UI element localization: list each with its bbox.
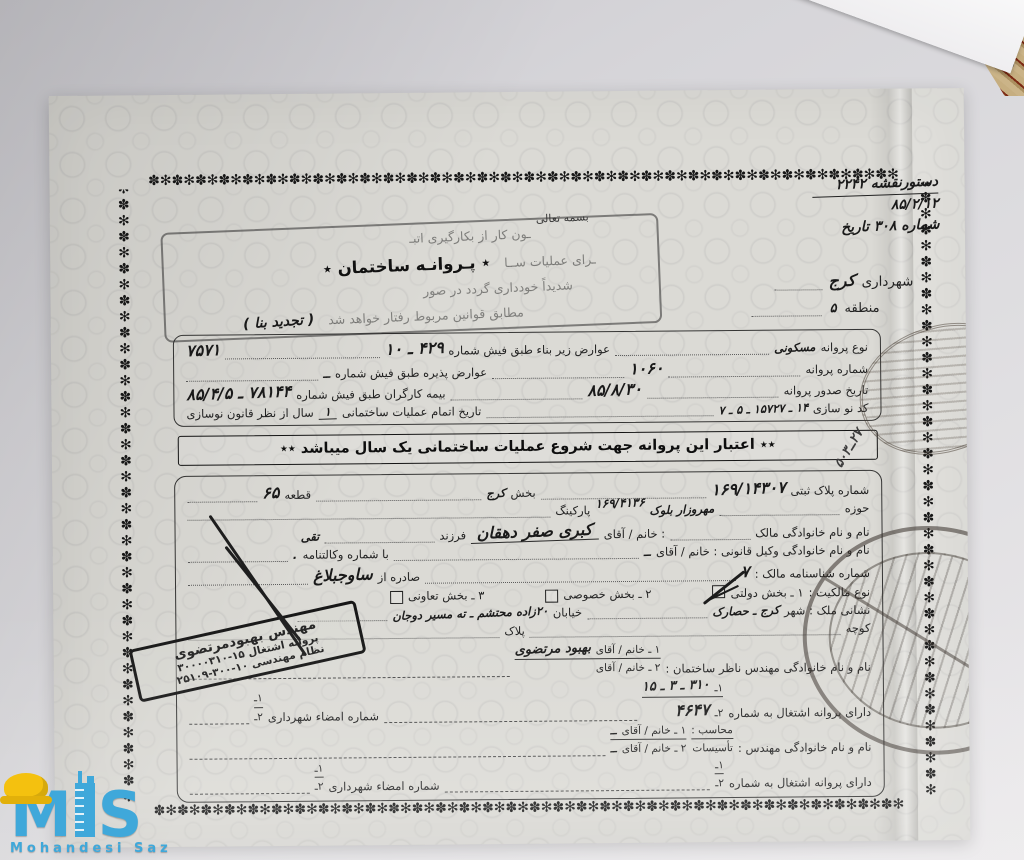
field-label: عوارض زیر بناء طبق فیش شماره <box>448 342 610 357</box>
title-stamp-box: ـون کار از بکارگیری اتبـ ـرای عملیات ســ… <box>160 213 662 343</box>
supervisor-names-stack: ۱ ـ خانم / آقای بهبود مرتضوی ۲ ـ خانم / … <box>514 641 660 677</box>
field-value-handwritten: کرج ـ حصارک <box>712 603 780 619</box>
license-number-handwritten: ۳۱۰ ـ ۳ ـ ۱۵ <box>641 678 709 697</box>
corner-handnotes: دستورنقشه ۲۲۴۲ ۸۵/۲/۱۲ شماره ۳۰۸ تاریخ <box>728 172 940 243</box>
signature-stack: ۱ـ ۲ـ <box>254 693 263 724</box>
field-value-handwritten: ۱ <box>319 404 338 420</box>
dotted-leader <box>187 506 550 521</box>
field-value-handwritten: ۱۶۹/۱۴۳۰۷ <box>711 478 786 500</box>
dotted-leader <box>615 343 769 356</box>
field-value-handwritten: ساوجبلاغ <box>313 564 373 585</box>
building-icon <box>75 783 95 837</box>
field-label: بخش <box>510 486 535 500</box>
field-label: شماره امضاء شهرداری <box>328 779 439 794</box>
field-value-handwritten: ۱۶۹/۴۱۳۶ <box>595 495 645 511</box>
license2-stack: ۱ـ ۲ـ <box>715 759 724 790</box>
hard-hat-icon <box>4 773 48 801</box>
field-value-handwritten: ــ <box>323 366 330 380</box>
field-label: بیمه کارگران طبق فیش شماره <box>296 387 445 402</box>
field-value-handwritten: ــ <box>644 544 651 558</box>
engineer2-1: ۱ ـ خانم / آقای ــ <box>610 724 686 740</box>
field-label: عوارض پذیره طبق فیش شماره <box>335 365 487 380</box>
checkbox-government-wrap <box>712 585 725 601</box>
dotted-leader <box>324 530 434 543</box>
field-label: نام و نام خانوادگی مهندس : <box>738 740 872 755</box>
permit-info-box: نوع پروانه مسکونی عوارض زیر بناء طبق فیش… <box>173 329 882 427</box>
field-value-handwritten: ۲۰زاده محتشم ـ ته مسیر دوجان <box>392 604 548 623</box>
role-calculator: محاسب : <box>691 724 733 739</box>
license-numbers-stack: ۱ـ ۳۱۰ ـ ۳ ـ ۱۵ ۲ـ ۴۶۴۷ <box>642 679 724 721</box>
dashed-leader <box>384 709 637 723</box>
district-label: منطقه <box>844 301 879 316</box>
dotted-leader <box>486 404 713 418</box>
ownership-option-government: ۱ ـ بخش دولتی <box>731 586 804 601</box>
district-line: منطقه ۵ <box>751 301 879 317</box>
field-label: : خانم / آقای <box>604 526 666 541</box>
field-value-handwritten: ۱۰۶۰ <box>629 358 664 378</box>
field-label: ۲ ـ خانم / آقای <box>622 742 687 756</box>
plate-row: شماره پلاک ثبتی ۱۶۹/۱۴۳۰۷ بخش کرج قطعه ۶… <box>187 478 869 503</box>
engineer2-2: ۲ ـ خانم / آقای ــ <box>611 742 687 756</box>
photo-scene: ✻✽✻✽✻✽✻✽✻✽✻✽✻✽✻✽✻✽✻✽✻✽✻✽✻✽✻✽✻✽✻✽✻✽✻✽✻✽✻✽… <box>0 0 1024 860</box>
signature-number-handwritten: ۴۶۴۷ <box>675 699 710 720</box>
field-value-handwritten: مهروزار بلوک <box>650 501 715 517</box>
field-label: حوزه <box>845 501 870 515</box>
license-1: ۱ـ ۳۱۰ ـ ۳ ـ ۱۵ <box>642 679 724 698</box>
signature2-stack: ۱ـ ۲ـ <box>315 762 324 793</box>
field-value-handwritten: ۶۵ <box>262 483 280 503</box>
dashed-leader <box>445 778 711 792</box>
field-label: صادره از <box>378 569 420 583</box>
field-label: ۲ـ <box>715 707 724 720</box>
signature2-2: ۲ـ <box>315 780 324 793</box>
issue-date-row: تاریخ صدور پروانه ۸۵/۸/۳۰ بیمه کارگران ط… <box>186 378 868 403</box>
dotted-leader <box>187 490 257 503</box>
document-title: ٭ پـروانـه ساختمان ٭ <box>322 252 490 278</box>
logo-letters: M S <box>10 783 210 839</box>
field-value-handwritten: ــ <box>610 725 617 738</box>
field-label: شماره پلاک ثبتی <box>790 483 869 498</box>
field-value-handwritten: ۷۵۷۱ <box>186 340 221 360</box>
field-label: ۱ـ <box>714 682 723 695</box>
supervisor-1: ۱ ـ خانم / آقای بهبود مرتضوی <box>514 641 660 661</box>
stamp-inner-ring <box>818 540 970 741</box>
id-number-row: شماره شناسنامه مالک : ۷ صادره از ساوجبلا… <box>188 560 870 585</box>
field-label: پارکینگ <box>555 503 590 517</box>
field-value-handwritten: ۴۲۹ ـ ۱۰ <box>384 338 443 359</box>
field-label: شماره امضاء شهرداری <box>268 709 379 724</box>
dotted-leader <box>425 569 736 584</box>
field-label: با شماره وکالتنامه <box>303 547 389 562</box>
dotted-leader <box>186 368 318 381</box>
field-label: نام و نام خانوادگی مالک <box>755 525 870 540</box>
border-left: ✻✽✻✽✻✽✻✽✻✽✻✽✻✽✻✽✻✽✻✽✻✽✻✽✻✽✻✽✻✽✻✽✻✽✻✽✻✽✻✽… <box>114 189 137 805</box>
owner-name-handwritten: کبری صفر دهقان <box>471 519 599 543</box>
field-label: دارای پروانه اشتغال به شماره <box>729 775 872 790</box>
dotted-leader <box>394 547 639 561</box>
stamp-faded-text-4: مطابق قوانین مربوط رفتار خواهد شد <box>328 304 524 327</box>
owner-row: نام و نام خانوادگی مالک : خانم / آقای کب… <box>187 519 869 545</box>
municipality-label: شهرداری <box>861 273 913 289</box>
field-value-handwritten: ۱۴ ـ ۱۵۷۲۷ ـ ۵ ـ ۷ <box>718 400 808 417</box>
field-label: تاریخ صدور پروانه <box>784 383 869 398</box>
ownership-option-cooperative: ۳ ـ بخش تعاونی <box>408 589 485 604</box>
dotted-leader <box>751 304 821 317</box>
municipality-value: کرج <box>828 271 855 291</box>
paper-edge <box>766 0 1024 73</box>
stamp-faded-text-2: ـرای عملیات ســا <box>504 251 596 270</box>
ownership-type-row: نوع مالکیت : ۱ ـ بخش دولتی ۲ ـ بخش خصوصی… <box>188 583 870 605</box>
dotted-leader <box>450 388 582 401</box>
dashed-leader <box>189 744 605 760</box>
dotted-leader <box>492 366 624 379</box>
dotted-leader <box>668 364 800 377</box>
supervisor-2: ۲ ـ خانم / آقای <box>514 662 660 676</box>
signature-1: ۱ـ <box>254 693 263 708</box>
dotted-leader <box>775 278 823 290</box>
field-label: نوع پروانه <box>821 340 868 354</box>
field-label: قطعه <box>284 488 311 502</box>
engineer2-names-stack: ۱ ـ خانم / آقای ــ ۲ ـ خانم / آقای ــ <box>610 724 686 756</box>
field-value-handwritten: . <box>293 547 298 561</box>
field-value-handwritten: مسکونی <box>774 340 816 355</box>
dotted-leader <box>647 386 779 399</box>
license-row: دارای پروانه اشتغال به شماره ۱ـ ۳۱۰ ـ ۳ … <box>189 677 871 724</box>
license2-2: ۲ـ <box>715 777 724 790</box>
building-tower <box>87 776 94 783</box>
field-label: سال از نظر قانون نوسازی <box>186 405 313 420</box>
handnote-label: دستورنقشه <box>871 174 939 192</box>
validity-banner: ٭٭ اعتبار این پروانه جهت شروع عملیات ساخ… <box>178 430 878 466</box>
field-label: ۱ ـ خانم / آقای <box>622 724 687 738</box>
field-value-handwritten: تقی <box>301 529 320 544</box>
field-value-handwritten: ۷۸۱۴۴ ـ ۸۵/۴/۵ <box>186 382 291 405</box>
signature-2: ۲ـ <box>254 711 263 724</box>
checkbox-cooperative <box>390 591 403 604</box>
handnote-value: ۲۲۴۲ <box>836 176 867 193</box>
engineer2-row: نام و نام خانوادگی مهندس : محاسب : تأسیس… <box>189 722 871 759</box>
role-installations: تأسیسات <box>691 742 733 755</box>
building-permit-document: ✻✽✻✽✻✽✻✽✻✽✻✽✻✽✻✽✻✽✻✽✻✽✻✽✻✽✻✽✻✽✻✽✻✽✻✽✻✽✻✽… <box>49 88 971 848</box>
field-label: نام و نام خانوادگی وکیل قانونی : خانم / … <box>656 543 870 559</box>
permit-number-row: شماره پروانه ۱۰۶۰ عوارض پذیره طبق فیش شم… <box>186 357 868 382</box>
field-label: ۱ ـ خانم / آقای <box>596 644 661 658</box>
permit-type-row: نوع پروانه مسکونی عوارض زیر بناء طبق فیش… <box>186 335 868 360</box>
dotted-leader <box>225 346 379 359</box>
ownership-option-private: ۲ ـ بخش خصوصی <box>563 587 651 602</box>
supervisor-name-handwritten: بهبود مرتضوی <box>514 640 591 659</box>
field-value-handwritten: ۸۵/۸/۳۰ <box>587 379 642 400</box>
dotted-leader <box>530 623 841 638</box>
zone-row: حوزه مهروزار بلوک ۱۶۹/۴۱۳۶ پارکینگ <box>187 501 869 521</box>
dotted-leader <box>670 528 750 541</box>
field-label: پلاک <box>504 624 524 638</box>
field-label: شماره پروانه <box>805 362 868 377</box>
dashed-leader <box>189 712 249 725</box>
building-tower <box>78 771 82 783</box>
license2-1: ۱ـ <box>715 759 724 774</box>
title-handnote: ( تجدید بنا ) <box>242 312 314 333</box>
license-2: ۲ـ ۴۶۴۷ <box>642 700 724 721</box>
municipality-line: شهرداری کرج <box>775 270 914 290</box>
stamp-faded-text-1: ـون کار از بکارگیری اتبـ <box>409 226 531 246</box>
field-label: فرزند <box>439 528 466 542</box>
attorney-row: نام و نام خانوادگی وکیل قانونی : خانم / … <box>188 543 870 563</box>
dotted-leader <box>720 503 840 516</box>
signature2-1: ۱ـ <box>315 762 324 777</box>
field-label: خیابان <box>553 606 582 620</box>
dotted-leader <box>316 488 481 501</box>
logo-letter-s: S <box>98 791 143 839</box>
watermark-logo: M S Mohandesi Saz <box>10 783 210 856</box>
field-value-handwritten: کرج <box>486 486 506 501</box>
field-label: تاریخ اتمام عملیات ساختمانی <box>342 404 481 419</box>
dotted-leader <box>587 607 707 620</box>
logo-caption: Mohandesi Saz <box>10 841 210 856</box>
field-value-handwritten: ــ <box>610 743 617 756</box>
license2-row: دارای پروانه اشتغال به شماره ۱ـ ۲ـ شماره… <box>190 758 872 795</box>
field-label: ۲ ـ خانم / آقای <box>596 662 661 676</box>
engineer2-roles-stack: محاسب : تأسیسات <box>691 724 733 756</box>
checkbox-private <box>545 590 558 603</box>
renovation-code-row: کد نو سازی ۱۴ ـ ۱۵۷۲۷ ـ ۵ ـ ۷ تاریخ اتما… <box>186 400 868 421</box>
stamp-faded-text-3: شدیداً خودداری گردد در صور <box>423 278 573 299</box>
district-value: ۵ <box>829 301 837 316</box>
